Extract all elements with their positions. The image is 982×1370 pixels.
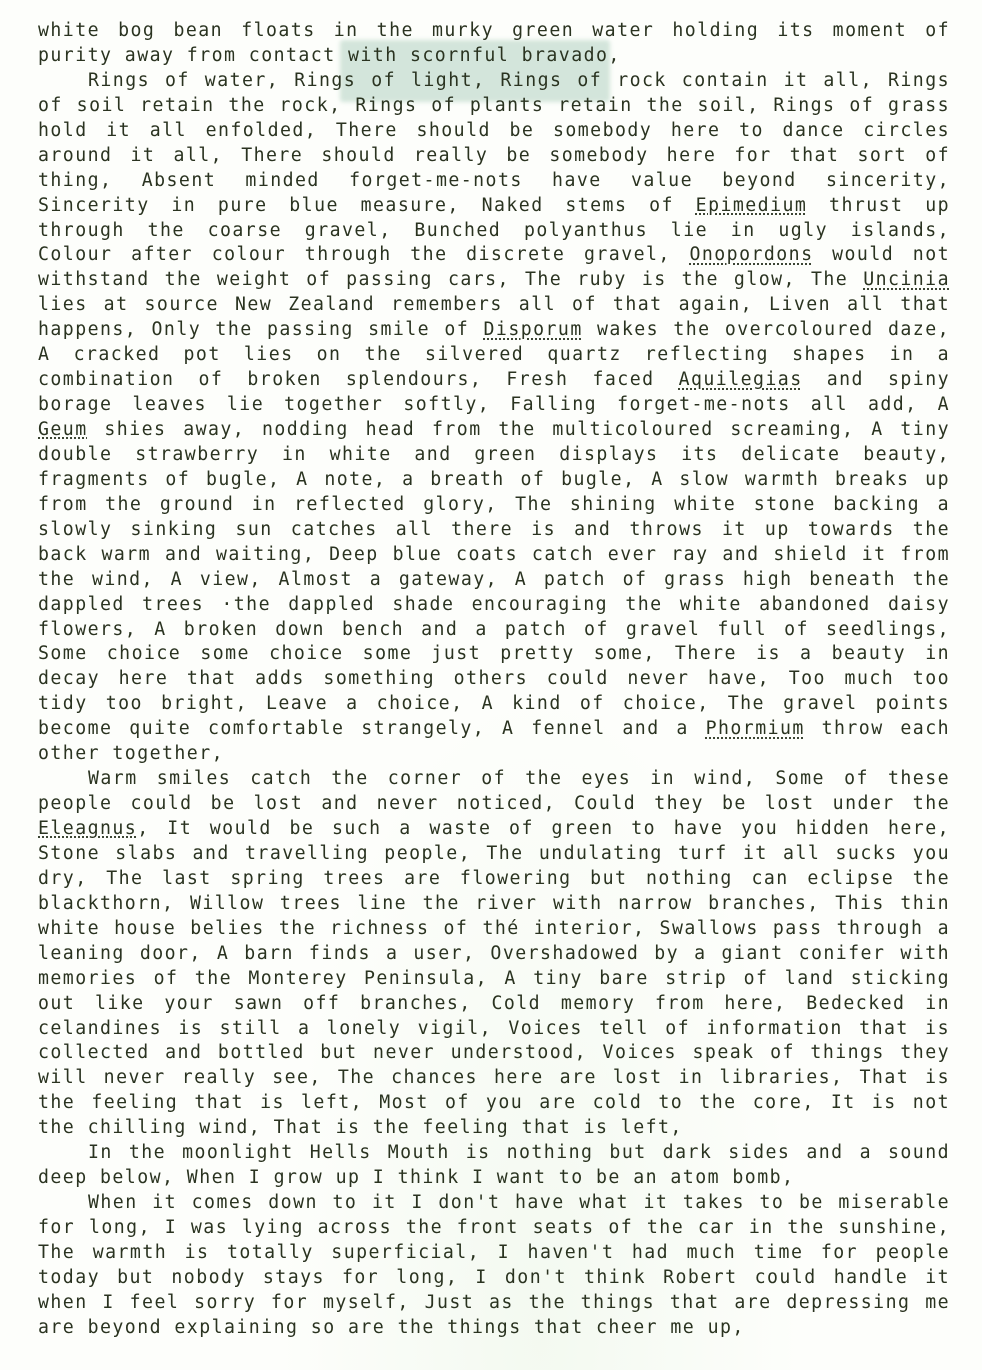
underlined-term: Epimedium [696,195,808,216]
underlined-term: Eleagnus [38,818,137,839]
text-line: purity away from contact with scornful b… [38,44,950,69]
text-line: Warm smiles catch the corner of the eyes… [38,767,950,792]
text-line: the chilling wind, That is the feeling t… [38,1116,950,1141]
text-line: white bog bean floats in the murky green… [38,19,950,44]
text-line: other together, [38,742,950,767]
text-line: The warmth is totally superficial, I hav… [38,1241,950,1266]
text-line: the wind, A view, Almost a gateway, A pa… [38,568,950,593]
text-line: Rings of water, Rings of light, Rings of… [38,69,950,94]
text-line: hold it all enfolded, There should be so… [38,119,950,144]
text-line: When it comes down to it I don't have wh… [38,1191,950,1216]
text-line: from the ground in reflected glory, The … [38,493,950,518]
text-line: Stone slabs and travelling people, The u… [38,842,950,867]
text-line: dappled trees ·the dappled shade encoura… [38,593,950,618]
text-line: are beyond explaining so are the things … [38,1316,950,1341]
underlined-term: Disporum [484,319,583,340]
text-line: fragments of bugle, A note, a breath of … [38,468,950,493]
text-line: become quite comfortable strangely, A fe… [38,717,950,742]
text-line: deep below, When I grow up I think I wan… [38,1166,950,1191]
text-line: white house belies the richness of thé i… [38,917,950,942]
text-line: through the coarse gravel, Bunched polya… [38,219,950,244]
printed-page: white bog bean floats in the murky green… [0,0,982,1370]
underlined-term: Onopordons [689,244,813,265]
text-line: blackthorn, Willow trees line the river … [38,892,950,917]
text-line: dry, The last spring trees are flowering… [38,867,950,892]
text-line: back warm and waiting, Deep blue coats c… [38,543,950,568]
text-line: the feeling that is left, Most of you ar… [38,1091,950,1116]
text-line: Geum shies away, nodding head from the m… [38,418,950,443]
text-line: decay here that adds something others co… [38,667,950,692]
text-line: today but nobody stays for long, I don't… [38,1266,950,1291]
text-line: Colour after colour through the discrete… [38,243,950,268]
document-body: white bog bean floats in the murky green… [38,19,950,1341]
text-line: leaning door, A barn finds a user, Overs… [38,942,950,967]
text-line: withstand the weight of passing cars, Th… [38,268,950,293]
text-line: double strawberry in white and green dis… [38,443,950,468]
text-line: lies at source New Zealand remembers all… [38,293,950,318]
text-line: thing, Absent minded forget-me-nots have… [38,169,950,194]
underlined-term: Geum [38,419,88,440]
text-line: collected and bottled but never understo… [38,1041,950,1066]
underlined-term: Aquilegias [679,369,803,390]
text-line: memories of the Monterey Peninsula, A ti… [38,967,950,992]
text-line: combination of broken splendours, Fresh … [38,368,950,393]
text-line: slowly sinking sun catches all there is … [38,518,950,543]
text-line: of soil retain the rock, Rings of plants… [38,94,950,119]
text-line: for long, I was lying across the front s… [38,1216,950,1241]
text-line: tidy too bright, Leave a choice, A kind … [38,692,950,717]
text-line: around it all, There should really be so… [38,144,950,169]
text-line: when I feel sorry for myself, Just as th… [38,1291,950,1316]
text-line: will never really see, The chances here … [38,1066,950,1091]
text-line: Eleagnus, It would be such a waste of gr… [38,817,950,842]
text-line: flowers, A broken down bench and a patch… [38,618,950,643]
underlined-term: Phormium [706,718,805,739]
text-line: A cracked pot lies on the silvered quart… [38,343,950,368]
text-line: Sincerity in pure blue measure, Naked st… [38,194,950,219]
text-line: borage leaves lie together softly, Falli… [38,393,950,418]
text-line: people could be lost and never noticed, … [38,792,950,817]
text-line: In the moonlight Hells Mouth is nothing … [38,1141,950,1166]
text-line: celandines is still a lonely vigil, Voic… [38,1017,950,1042]
text-line: happens, Only the passing smile of Dispo… [38,318,950,343]
text-line: Some choice some choice some just pretty… [38,642,950,667]
underlined-term: Uncinia [863,269,950,290]
text-line: out like your sawn off branches, Cold me… [38,992,950,1017]
